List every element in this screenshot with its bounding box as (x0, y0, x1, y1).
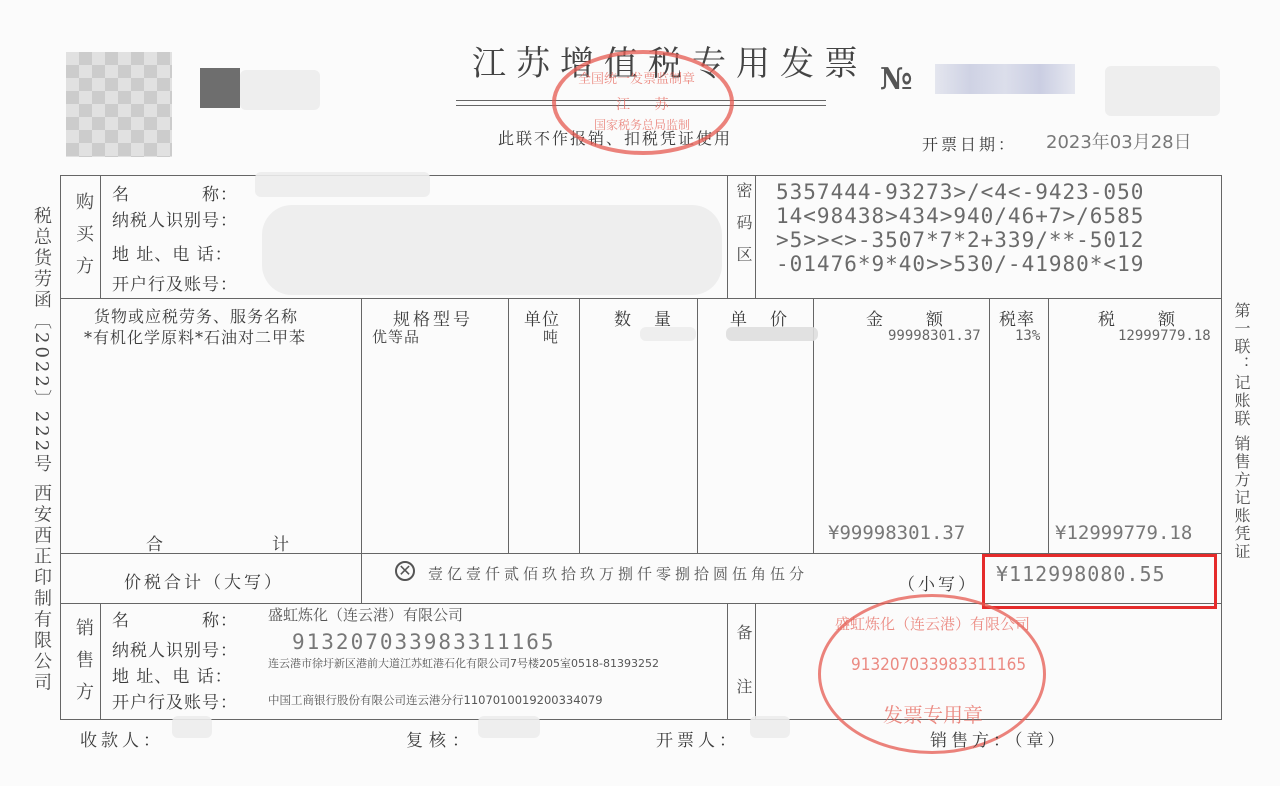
divider-seller-label (100, 603, 101, 720)
divider-buyer-label (100, 175, 101, 298)
item-tax: 12999779.18 (1118, 328, 1211, 344)
cipher-line-4: -01476*9*40>>530/-41980*<19 (776, 252, 1144, 276)
seller-stamp-taxid: 913207033983311165 (851, 655, 1026, 675)
supervision-stamp-top: 全国统一发票监制章 (578, 68, 695, 87)
buyer-taxid-label: 纳税人识别号： (112, 206, 238, 231)
divider-remarks-label (755, 603, 756, 720)
buyer-name-redacted (255, 172, 430, 197)
item-quantity-redacted (640, 327, 696, 341)
col-divider-price (697, 298, 698, 553)
seller-seal-label: 销售方：（章） (930, 726, 1069, 751)
item-unit: 吨 (543, 326, 559, 347)
item-amount: 99998301.37 (888, 328, 981, 344)
total-tax: ¥12999779.18 (1055, 522, 1192, 544)
copy-designation: 第一联：记账联 销售方记账凭证 (1230, 302, 1253, 602)
reviewer-label: 复核： (406, 726, 475, 751)
seller-name-label: 名 称： (112, 606, 238, 631)
cipher-section-label: 密码区 (732, 182, 755, 278)
seller-section-label: 销售方 (70, 618, 96, 714)
seller-taxid: 913207033983311165 (292, 630, 556, 654)
cipher-line-2: 14<98438>434>940/46+7>/6585 (776, 204, 1144, 228)
divider-cipher-label (755, 175, 756, 298)
header-tax-amount: 税 额 (1098, 305, 1178, 330)
buyer-address-label: 地 址、电 话： (112, 240, 233, 265)
supervision-stamp: 全国统一发票监制章 江 苏 国家税务总局监制 (552, 50, 734, 155)
supervision-stamp-bottom: 国家税务总局监制 (594, 116, 690, 133)
printer-info: 税总货劳函〔2022〕222号 西安西正印制有限公司 (28, 206, 54, 706)
qr-code-redacted (66, 52, 172, 157)
divider-cipher-left (727, 175, 728, 298)
buyer-bank-label: 开户行及账号： (112, 270, 238, 295)
col-divider-unit (508, 298, 509, 553)
issuer-redacted (750, 716, 790, 738)
item-name: *有机化学原料*石油对二甲苯 (84, 325, 306, 348)
total-amount: ¥99998301.37 (828, 522, 965, 544)
col-divider-qty (579, 298, 580, 553)
payee-redacted (172, 716, 212, 738)
grand-total-highlight (982, 554, 1217, 609)
item-price-redacted (726, 327, 818, 341)
seller-name: 盛虹炼化（连云港）有限公司 (268, 604, 463, 625)
redacted-mark (200, 68, 240, 108)
cipher-line-3: >5>><>-3507*7*2+339/**-5012 (776, 228, 1144, 252)
buyer-section-label: 购买方 (70, 192, 96, 288)
seller-stamp-label: 发票专用章 (883, 699, 983, 728)
header-amount: 金 额 (866, 305, 946, 330)
invoice-number-redacted (935, 64, 1075, 94)
invoice-number-label: № (880, 62, 913, 97)
grand-total-lower-label: （小写） (898, 570, 978, 595)
circled-x-icon: ✕ (395, 561, 415, 581)
invoice-code-redacted (1105, 66, 1220, 116)
col-divider-rate (989, 298, 990, 553)
grand-total-words: 壹亿壹仟贰佰玖拾玖万捌仟零捌拾圆伍角伍分 (428, 563, 808, 584)
issue-date-value: 2023年03月28日 (1046, 128, 1192, 154)
item-spec: 优等品 (372, 326, 420, 347)
reviewer-redacted (478, 716, 540, 738)
header-tax-rate: 税率 (999, 305, 1035, 330)
seller-stamp-company: 盛虹炼化（连云港）有限公司 (835, 613, 1030, 634)
seller-address: 连云港市徐圩新区港前大道江苏虹港石化有限公司7号楼205室0518-813932… (268, 656, 728, 672)
header-goods-name: 货物或应税劳务、服务名称 (94, 304, 298, 327)
col-divider-spec (361, 298, 362, 603)
grand-total-upper-label: 价税合计（大写） (124, 568, 284, 593)
payee-label: 收款人： (80, 726, 164, 751)
remarks-label: 备注 (732, 624, 755, 732)
buyer-details-redacted (262, 205, 722, 295)
redacted-code (240, 70, 320, 110)
seller-bank-label: 开户行及账号： (112, 688, 238, 713)
col-divider-tax (1048, 298, 1049, 553)
total-label: 合 计 (146, 530, 290, 555)
cipher-line-1: 5357444-93273>/<4<-9423-050 (776, 180, 1144, 204)
seller-bank: 中国工商银行股份有限公司连云港分行1107010019200334079 (268, 692, 603, 708)
issue-date-label: 开票日期： (922, 132, 1017, 155)
issuer-label: 开票人： (656, 726, 740, 751)
buyer-name-label: 名 称： (112, 180, 238, 205)
item-tax-rate: 13% (1015, 328, 1040, 344)
seller-address-label: 地 址、电 话： (112, 662, 233, 687)
supervision-stamp-mid: 江 苏 (616, 94, 678, 114)
seller-taxid-label: 纳税人识别号： (112, 636, 238, 661)
